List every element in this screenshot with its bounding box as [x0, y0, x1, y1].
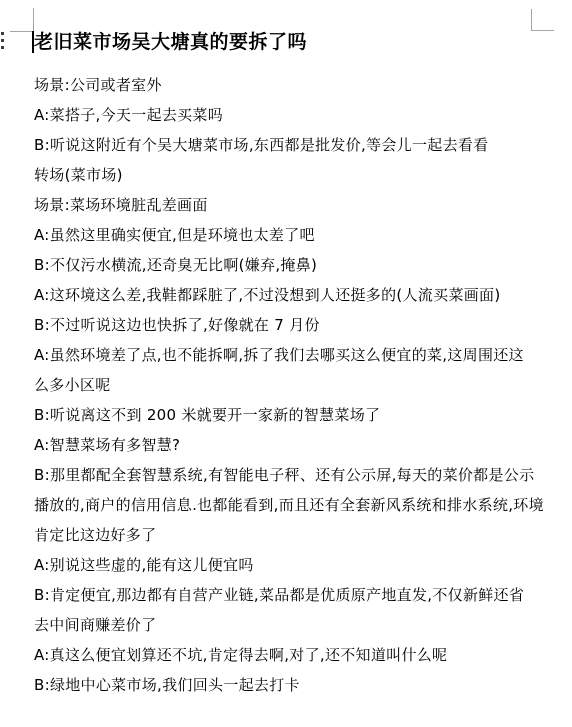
script-line-dialogue-b: B:不仅污水横流,还奇臭无比啊(嫌弃,掩鼻): [34, 250, 540, 280]
document-body[interactable]: 场景:公司或者室外 A:菜搭子,今天一起去买菜吗 B:听说这附近有个吴大塘菜市场…: [34, 70, 540, 700]
script-line-dialogue-b-wrap: 去中间商赚差价了: [34, 610, 540, 640]
script-line-dialogue-b-wrap: 肯定比这边好多了: [34, 520, 540, 550]
script-line-dialogue-b: B:听说这附近有个吴大塘菜市场,东西都是批发价,等会儿一起去看看: [34, 130, 540, 160]
handle-dot-icon: [1, 39, 4, 42]
script-line-transition: 转场(菜市场): [34, 160, 540, 190]
script-line-dialogue-a: A:真这么便宜划算还不坑,肯定得去啊,对了,还不知道叫什么呢: [34, 640, 540, 670]
script-line-dialogue-b: B:绿地中心菜市场,我们回头一起去打卡: [34, 670, 540, 700]
document-title: 老旧菜市场吴大塘真的要拆了吗: [34, 31, 307, 53]
script-line-dialogue-a: A:菜搭子,今天一起去买菜吗: [34, 100, 540, 130]
script-line-scene-2: 场景:菜场环境脏乱差画面: [34, 190, 540, 220]
script-line-dialogue-b: B:不过听说这边也快拆了,好像就在 7 月份: [34, 310, 540, 340]
script-line-dialogue-a: A:智慧菜场有多智慧?: [34, 430, 540, 460]
script-line-dialogue-a: A:这环境这么差,我鞋都踩脏了,不过没想到人还挺多的(人流买菜画面): [34, 280, 540, 310]
handle-dot-icon: [1, 32, 4, 35]
script-line-dialogue-b: B:那里都配全套智慧系统,有智能电子秤、还有公示屏,每天的菜价都是公示: [34, 460, 540, 490]
script-line-dialogue-a: A:虽然这里确实便宜,但是环境也太差了吧: [34, 220, 540, 250]
script-line-dialogue-b: B:听说离这不到 200 米就要开一家新的智慧菜场了: [34, 400, 540, 430]
script-line-dialogue-b: B:肯定便宜,那边都有自营产业链,菜品都是优质原产地直发,不仅新鲜还省: [34, 580, 540, 610]
left-edge-handle: [1, 32, 5, 53]
script-line-dialogue-b-wrap: 播放的,商户的信用信息.也都能看到,而且还有全套新风系统和排水系统,环境: [34, 490, 540, 520]
handle-dot-icon: [1, 46, 4, 49]
margin-crop-mark-top-right-icon: [531, 9, 554, 31]
script-line-dialogue-a: A:别说这些虚的,能有这儿便宜吗: [34, 550, 540, 580]
document-page: 老旧菜市场吴大塘真的要拆了吗 场景:公司或者室外 A:菜搭子,今天一起去买菜吗 …: [0, 0, 572, 727]
margin-crop-mark-top-left-icon: [10, 8, 34, 32]
script-line-dialogue-a: A:虽然环境差了点,也不能拆啊,拆了我们去哪买这么便宜的菜,这周围还这: [34, 340, 540, 370]
script-line-dialogue-a-wrap: 么多小区呢: [34, 370, 540, 400]
script-line-scene-1: 场景:公司或者室外: [34, 70, 540, 100]
